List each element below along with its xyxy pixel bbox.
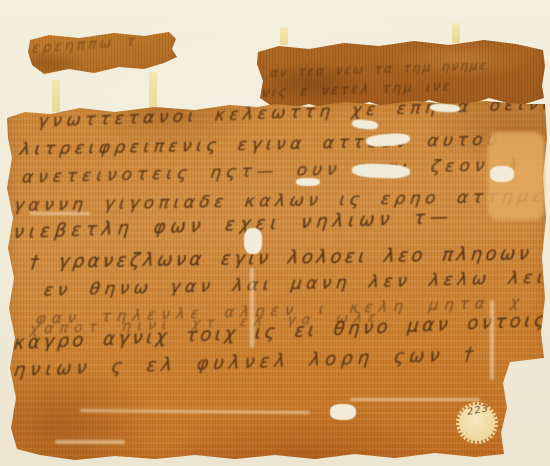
tape-tab [52, 80, 60, 112]
papyrus-crack [55, 440, 125, 444]
strip-text-line: νις ε νετελ τημ ινε [261, 79, 453, 101]
papyrus-crack [30, 212, 90, 215]
tape-tab [280, 27, 288, 45]
main-text-line: γαννη γιγοπιαδε καλων ις ερηο αττημε [13, 187, 548, 216]
papyrus-crack [250, 268, 254, 348]
main-text-line: λιτρειφρειπενις εγινα αττεον αυτου [19, 130, 503, 160]
papyrus-crack [350, 398, 480, 401]
catalog-seal: 223 [456, 402, 498, 444]
papyrus-hole [330, 404, 356, 420]
top-strip-fragment: αν τεα νεω τα τημ ηνημε νις ε νετελ τημ … [254, 36, 546, 114]
strip-text-line: αν τεα νεω τα τημ ηνημε [269, 58, 489, 80]
small-fragment-text: ερεηππω τ [31, 34, 138, 58]
papyrus-photograph: ερεηππω τ αν τεα νεω τα τημ ηνημε νις ε … [0, 0, 550, 466]
papyrus-hole [490, 166, 514, 182]
papyrus-crack [490, 300, 494, 380]
papyrus-hole [296, 178, 320, 186]
tape-tab [149, 72, 157, 110]
main-text-line: † γρανεζλωνα εγιν λολοει λεο πληοων [29, 243, 534, 273]
papyrus-hole [244, 228, 262, 254]
tape-tab [452, 23, 460, 43]
main-text-line: ανετεινοτεις ηςτ— ουν ικαι ζεον λ [21, 155, 524, 188]
